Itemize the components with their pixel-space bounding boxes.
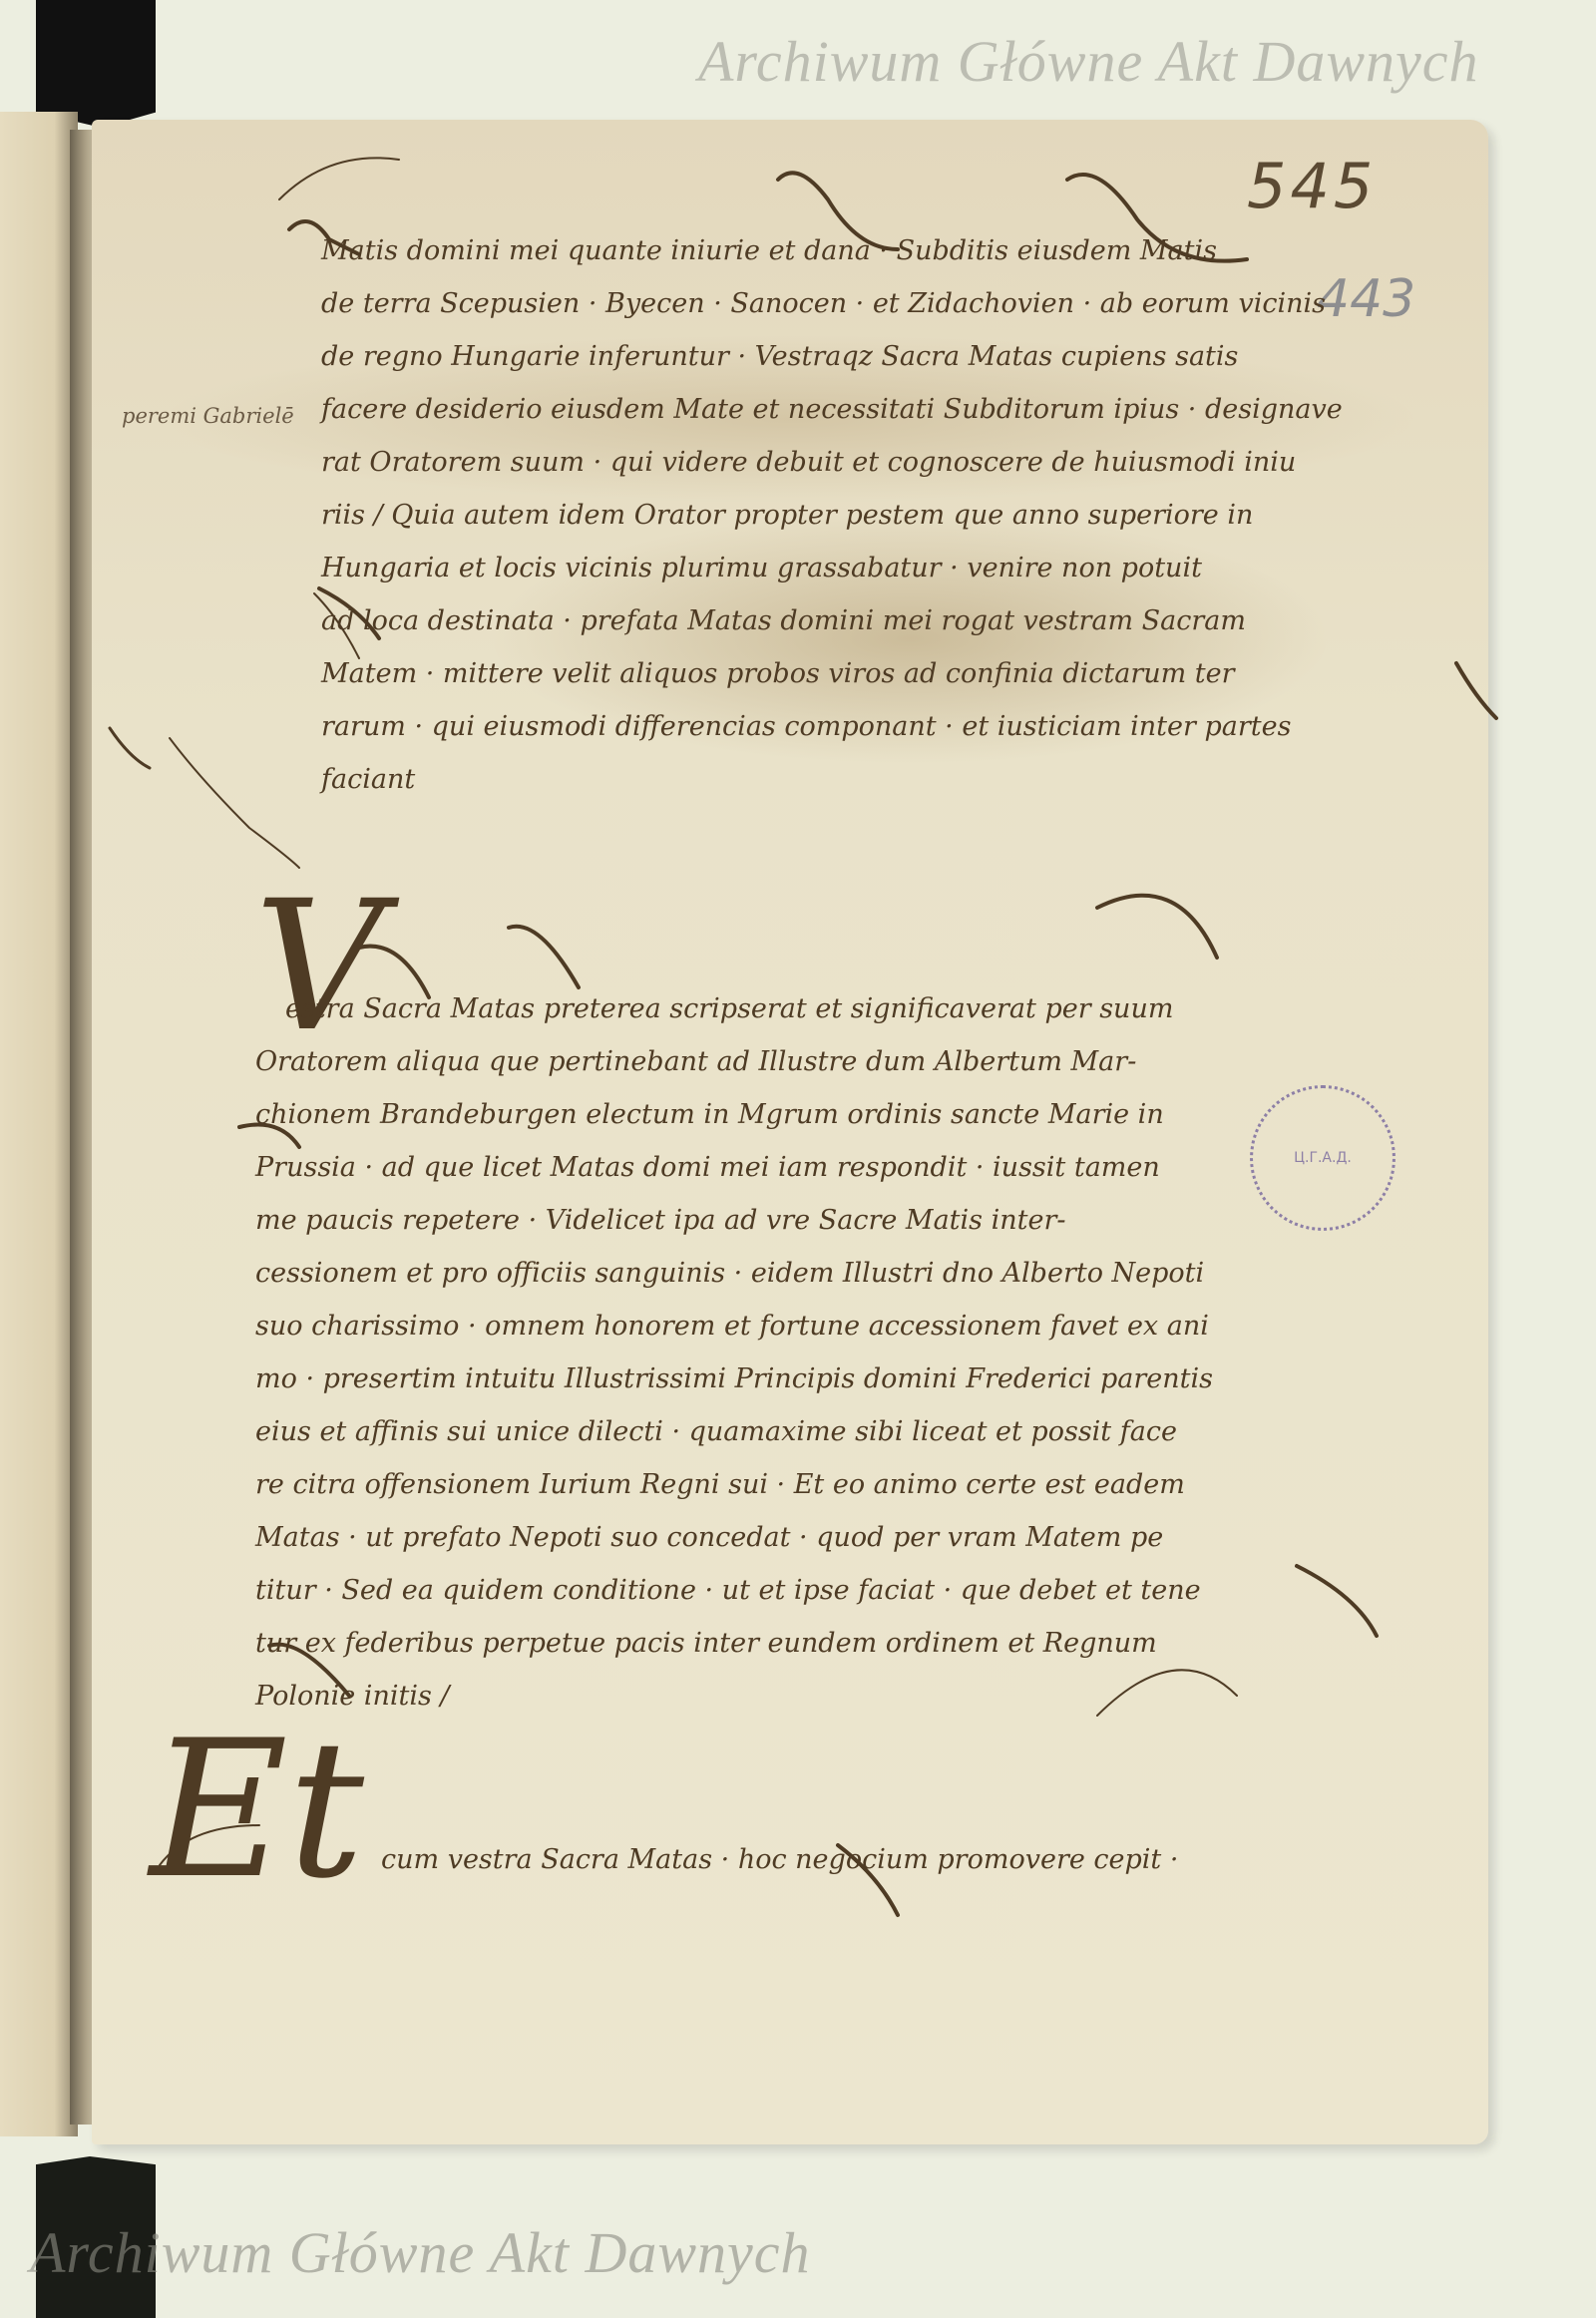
text-line: mo · presertim intuitu Illustrissimi Pri… (255, 1352, 1213, 1405)
paragraph-2: estra Sacra Matas preterea scripserat et… (255, 982, 1213, 1723)
text-line: faciant (321, 753, 1343, 806)
text-line: tur ex federibus perpetue pacis inter eu… (255, 1617, 1213, 1670)
text-line: riis / Quia autem idem Orator propter pe… (321, 489, 1343, 542)
archive-stamp: Ц.Г.А.Д. (1250, 1085, 1396, 1231)
text-line: Hungaria et locis vicinis plurimu grassa… (321, 542, 1343, 594)
text-line: me paucis repetere · Videlicet ipa ad vr… (255, 1194, 1213, 1247)
text-line: re citra offensionem Iurium Regni sui · … (255, 1458, 1213, 1511)
archive-watermark-top: Archiwum Główne Akt Dawnych (698, 28, 1479, 95)
text-line: de regno Hungarie inferuntur · Vestraqz … (321, 330, 1343, 383)
text-line: chionem Brandeburgen electum in Mgrum or… (255, 1088, 1213, 1141)
text-line: cum vestra Sacra Matas · hoc negocium pr… (381, 1833, 1178, 1886)
paragraph-1: Matis domini mei quante iniurie et dana … (321, 224, 1343, 806)
stamp-text: Ц.Г.А.Д. (1294, 1150, 1352, 1166)
text-line: Matis domini mei quante iniurie et dana … (321, 224, 1343, 277)
decorated-initial-et: Et (150, 1716, 364, 1905)
text-line: estra Sacra Matas preterea scripserat et… (255, 982, 1213, 1035)
text-line: eius et affinis sui unice dilecti · quam… (255, 1405, 1213, 1458)
text-line: facere desiderio eiusdem Mate et necessi… (321, 383, 1343, 436)
text-line: Matem · mittere velit aliquos probos vir… (321, 647, 1343, 700)
text-line: Polonie initis / (255, 1670, 1213, 1723)
archive-watermark-bottom: Archiwum Główne Akt Dawnych (30, 2219, 811, 2286)
binding-strip-top (36, 0, 156, 128)
text-line: Oratorem aliqua que pertinebant ad Illus… (255, 1035, 1213, 1088)
text-line: rat Oratorem suum · qui videre debuit et… (321, 436, 1343, 489)
text-line: titur · Sed ea quidem conditione · ut et… (255, 1564, 1213, 1617)
text-line: Prussia · ad que licet Matas domi mei ia… (255, 1141, 1213, 1194)
text-line: Matas · ut prefato Nepoti suo concedat ·… (255, 1511, 1213, 1564)
text-line: cessionem et pro officiis sanguinis · ei… (255, 1247, 1213, 1300)
text-line: rarum · qui eiusmodi differencias compon… (321, 700, 1343, 753)
paragraph-3: cum vestra Sacra Matas · hoc negocium pr… (381, 1833, 1178, 1886)
folio-number-ink: 545 (1247, 150, 1377, 222)
facing-page-edge (0, 112, 78, 2136)
margin-note: peremi Gabrielē (122, 404, 294, 428)
text-line: ad loca destinata · prefata Matas domini… (321, 594, 1343, 647)
text-line: de terra Scepusien · Byecen · Sanocen · … (321, 277, 1343, 330)
text-line: suo charissimo · omnem honorem et fortun… (255, 1300, 1213, 1352)
